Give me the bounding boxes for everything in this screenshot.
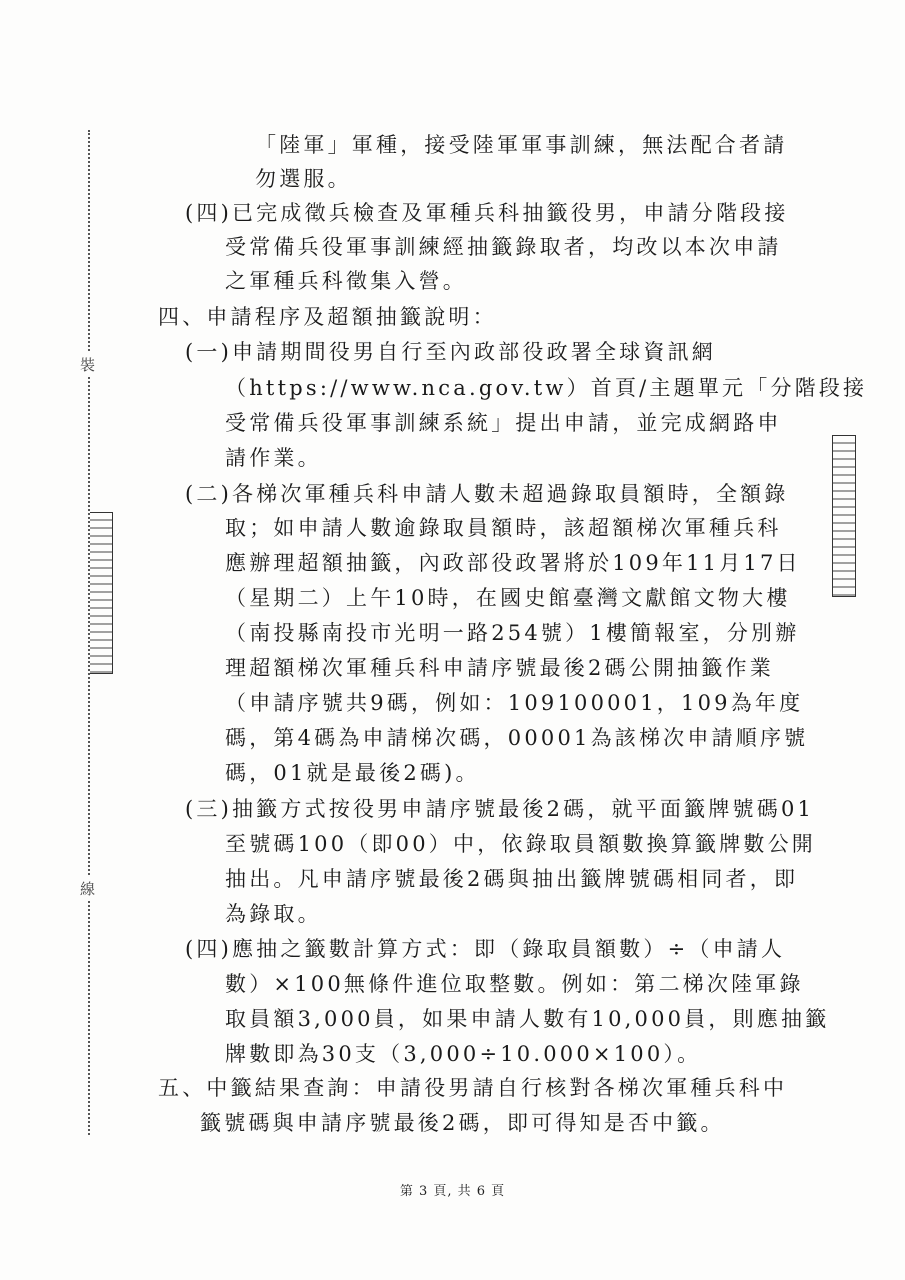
text-line: 之軍種兵科徵集入營。 (225, 267, 467, 295)
text-line: 受常備兵役軍事訓練系統」提出申請，並完成網路申 (225, 409, 782, 437)
seal-stamp-right (832, 435, 856, 597)
text-line: (四)已完成徵兵檢查及軍種兵科抽籤役男，申請分階段接 (185, 199, 789, 227)
text-line: 四、申請程序及超額抽籤說明： (158, 303, 497, 331)
text-line: 牌數即為30支（3,000÷10.000×100）。 (225, 1040, 701, 1068)
text-line: （申請序號共9碼，例如：109100001，109為年度 (225, 689, 803, 717)
text-line: （南投縣南投市光明一路254號）1樓簡報室，分別辦 (225, 619, 799, 647)
text-line: 理超額梯次軍種兵科申請序號最後2碼公開抽籤作業 (225, 654, 774, 682)
seal-stamp-left (90, 512, 113, 674)
text-line: 應辦理超額抽籤，內政部役政署將於109年11月17日 (225, 549, 801, 577)
text-line: (四)應抽之籤數計算方式：即（錄取員額數）÷（申請人 (185, 935, 785, 963)
text-line: 碼，01就是最後2碼)。 (225, 759, 480, 787)
text-line: (一)申請期間役男自行至內政部役政署全球資訊網 (185, 338, 716, 366)
text-line: (二)各梯次軍種兵科申請人數未超過錄取員額時，全額錄 (185, 480, 789, 508)
text-line: 至號碼100（即00）中，依錄取員額數換算籤牌數公開 (225, 830, 816, 858)
binding-label-top: 裝 (80, 352, 95, 377)
text-line: 勿選服。 (255, 165, 352, 193)
text-line: 為錄取。 (225, 900, 322, 928)
page-number: 第 3 頁, 共 6 頁 (0, 1180, 905, 1199)
binding-label-bottom: 線 (80, 876, 95, 901)
text-line: （https://www.nca.gov.tw）首頁/主題單元「分階段接 (225, 374, 867, 402)
text-line: 「陸軍」軍種，接受陸軍軍事訓練，無法配合者請 (255, 131, 787, 159)
text-line: 碼，第4碼為申請梯次碼，00001為該梯次申請順序號 (225, 724, 808, 752)
text-line: 請作業。 (225, 444, 322, 472)
text-line: 取；如申請人數逾錄取員額時，該超額梯次軍種兵科 (225, 514, 782, 542)
text-line: (三)抽籤方式按役男申請序號最後2碼，就平面籤牌號碼01 (185, 795, 814, 823)
text-line: （星期二）上午10時，在國史館臺灣文獻館文物大樓 (225, 584, 791, 612)
text-line: 受常備兵役軍事訓練經抽籤錄取者，均改以本次申請 (225, 233, 782, 261)
text-line: 抽出。凡申請序號最後2碼與抽出籤牌號碼相同者，即 (225, 865, 798, 893)
text-line: 數）×100無條件進位取整數。例如：第二梯次陸軍錄 (225, 970, 804, 998)
text-line: 籤號碼與申請序號最後2碼，即可得知是否中籤。 (200, 1109, 725, 1137)
text-line: 五、中籤結果查詢：申請役男請自行核對各梯次軍種兵科中 (158, 1074, 787, 1102)
text-line: 取員額3,000員，如果申請人數有10,000員，則應抽籤 (225, 1005, 829, 1033)
